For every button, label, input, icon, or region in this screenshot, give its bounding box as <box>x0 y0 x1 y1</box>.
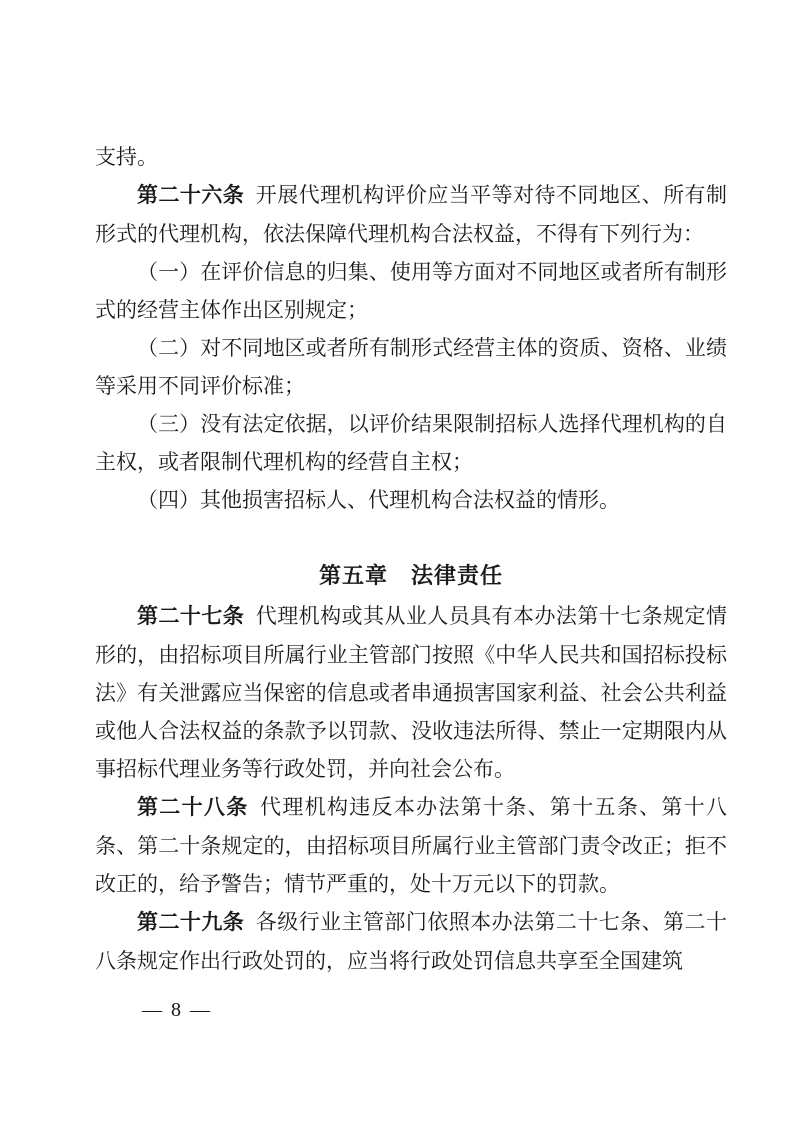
document-body: 支持。 第二十六条开展代理机构评价应当平等对待不同地区、所有制形式的代理机构，依… <box>95 138 727 980</box>
paragraph-text: （四）其他损害招标人、代理机构合法权益的情形。 <box>137 488 620 512</box>
paragraph-text: 支持。 <box>95 145 158 169</box>
paragraph-item-4: （四）其他损害招标人、代理机构合法权益的情形。 <box>95 481 727 519</box>
paragraph-text: （三）没有法定依据，以评价结果限制招标人选择代理机构的自主权，或者限制代理机构的… <box>95 412 727 474</box>
article-number-27: 第二十七条 <box>137 605 256 628</box>
paragraph-text: （二）对不同地区或者所有制形式经营主体的资质、资格、业绩等采用不同评价标准； <box>95 336 727 398</box>
article-number-29: 第二十九条 <box>137 911 256 934</box>
paragraph-continuation: 支持。 <box>95 138 727 176</box>
paragraph-article-28: 第二十八条代理机构违反本办法第十条、第十五条、第十八条、第二十条规定的，由招标项… <box>95 788 727 903</box>
page-number: — 8 — <box>142 996 212 1024</box>
paragraph-item-1: （一）在评价信息的归集、使用等方面对不同地区或者所有制形式的经营主体作出区别规定… <box>95 253 727 329</box>
paragraph-item-2: （二）对不同地区或者所有制形式经营主体的资质、资格、业绩等采用不同评价标准； <box>95 329 727 405</box>
paragraph-text: 代理机构或其从业人员具有本办法第十七条规定情形的，由招标项目所属行业主管部门按照… <box>95 604 727 781</box>
chapter-heading: 第五章 法律责任 <box>95 557 727 595</box>
document-page: 支持。 第二十六条开展代理机构评价应当平等对待不同地区、所有制形式的代理机构，依… <box>0 0 793 1122</box>
paragraph-article-29: 第二十九条各级行业主管部门依照本办法第二十七条、第二十八条规定作出行政处罚的，应… <box>95 903 727 980</box>
article-number-26: 第二十六条 <box>137 184 256 207</box>
paragraph-article-26: 第二十六条开展代理机构评价应当平等对待不同地区、所有制形式的代理机构，依法保障代… <box>95 176 727 253</box>
article-number-28: 第二十八条 <box>137 796 260 819</box>
paragraph-article-27: 第二十七条代理机构或其从业人员具有本办法第十七条规定情形的，由招标项目所属行业主… <box>95 597 727 788</box>
paragraph-text: （一）在评价信息的归集、使用等方面对不同地区或者所有制形式的经营主体作出区别规定… <box>95 260 727 322</box>
paragraph-item-3: （三）没有法定依据，以评价结果限制招标人选择代理机构的自主权，或者限制代理机构的… <box>95 405 727 481</box>
